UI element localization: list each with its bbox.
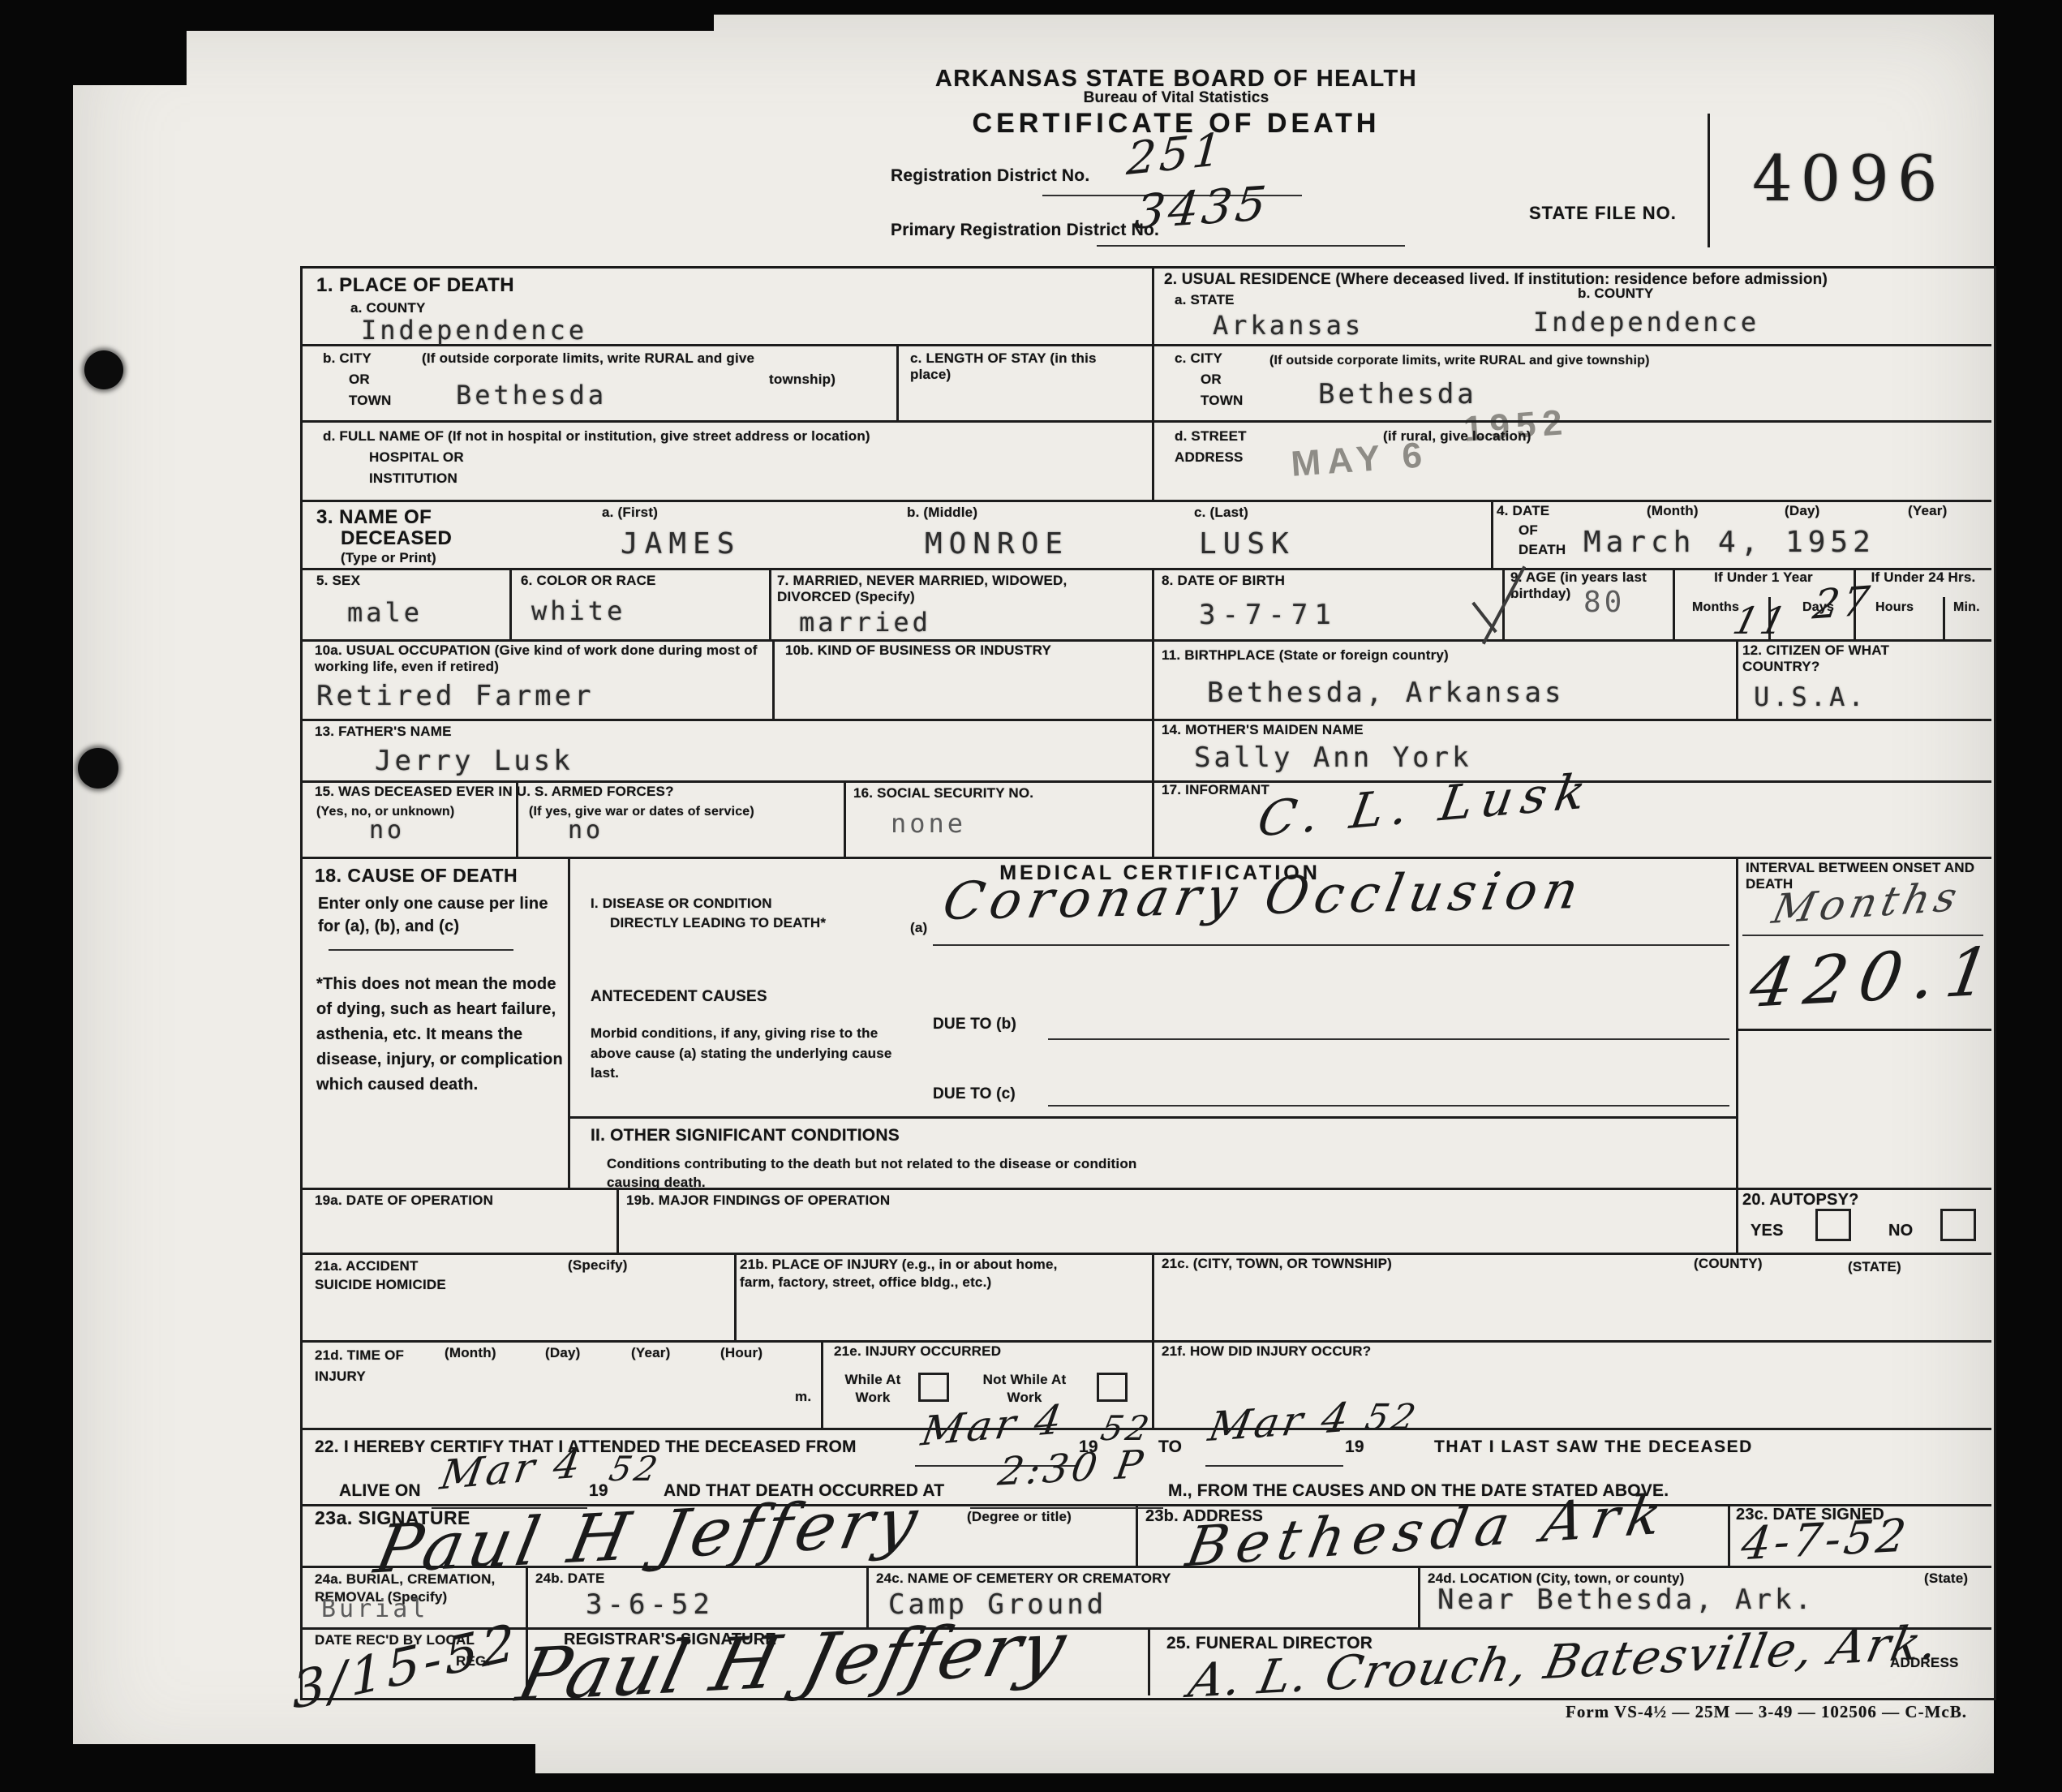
header-bureau: Bureau of Vital Statistics	[872, 89, 1480, 107]
burial-location-value: Near Bethesda, Ark.	[1437, 1584, 1815, 1616]
divider	[1736, 1188, 1738, 1253]
county-value: Independence	[361, 315, 587, 346]
divider	[1152, 266, 1154, 500]
street-label: d. STREET	[1175, 428, 1247, 445]
divider	[1148, 1627, 1150, 1695]
autopsy-yes-label: YES	[1751, 1222, 1784, 1241]
cause-rule	[329, 949, 513, 951]
divider	[1736, 857, 1738, 1188]
due-to-c-line	[1048, 1105, 1729, 1107]
occupation-value: Retired Farmer	[316, 680, 595, 712]
burial-value: Burial	[321, 1595, 428, 1623]
date-of-death-value: March 4, 1952	[1583, 526, 1875, 559]
injury-m-label: m.	[795, 1389, 811, 1405]
length-of-stay-label: c. LENGTH OF STAY (in this place)	[910, 350, 1121, 383]
burial-date-value: 3-6-52	[586, 1588, 715, 1621]
citizen-label: 12. CITIZEN OF WHAT COUNTRY?	[1742, 642, 1937, 675]
residence-town-label: TOWN	[1201, 393, 1243, 409]
father-name-label: 13. FATHER'S NAME	[315, 724, 452, 740]
divider	[1728, 1504, 1730, 1566]
disease-value: Coronary Occlusion	[938, 861, 1589, 932]
last-name-label: c. (Last)	[1194, 505, 1248, 521]
cause-code-value: 420.1	[1745, 933, 2007, 1023]
certify-to-year: 52	[1362, 1397, 1423, 1438]
divider	[300, 420, 1991, 423]
hospital-label: d. FULL NAME OF (If not in hospital or i…	[323, 428, 1134, 445]
death-month-label: (Month)	[1647, 503, 1699, 519]
while-at-work-checkbox	[918, 1373, 949, 1402]
city-or-label: OR	[349, 372, 370, 388]
divider	[1152, 719, 1154, 780]
state-file-label: STATE FILE NO.	[1529, 203, 1677, 224]
armed-forces-label: 15. WAS DECEASED EVER IN U. S. ARMED FOR…	[315, 784, 842, 800]
accident-label: 21a. ACCIDENT SUICIDE HOMICIDE	[315, 1257, 465, 1295]
disease-a-label: (a)	[910, 920, 927, 936]
ssn-value: none	[891, 808, 966, 839]
certify-to-label: TO	[1158, 1437, 1182, 1458]
reg-district-label: Registration District No.	[891, 166, 1089, 187]
birthplace-value: Bethesda, Arkansas	[1207, 677, 1564, 709]
divider	[1152, 639, 1154, 719]
disease-label2: DIRECTLY LEADING TO DEATH*	[610, 915, 826, 931]
sex-value: male	[347, 597, 423, 628]
mother-name-label: 14. MOTHER'S MAIDEN NAME	[1162, 722, 1364, 738]
divider	[821, 1340, 823, 1428]
race-value: white	[531, 595, 625, 626]
street-note: (if rural, give location)	[1383, 428, 1531, 445]
autopsy-no-checkbox	[1940, 1209, 1976, 1241]
residence-city-label: c. CITY	[1175, 350, 1222, 367]
certify-alive-label: ALIVE ON	[339, 1481, 421, 1502]
divider	[1152, 1253, 1154, 1340]
occupation-label: 10a. USUAL OCCUPATION (Give kind of work…	[315, 642, 769, 675]
father-name-value: Jerry Lusk	[375, 745, 573, 777]
divider	[300, 780, 1991, 783]
divider	[509, 568, 512, 639]
due-to-b-line	[1048, 1038, 1729, 1040]
divider	[844, 780, 846, 857]
divider	[1152, 568, 1154, 639]
name-title3: (Type or Print)	[341, 550, 436, 566]
injury-hour-label: (Hour)	[720, 1345, 763, 1361]
autopsy-no-label: NO	[1888, 1222, 1913, 1241]
state-file-box-line	[1708, 114, 1710, 247]
certify-19-c: 19	[589, 1481, 608, 1502]
first-name-value: JAMES	[621, 527, 741, 561]
divider	[734, 1253, 737, 1340]
min-label: Min.	[1953, 600, 1980, 616]
divider	[1136, 1504, 1138, 1566]
due-to-c-label: DUE TO (c)	[933, 1085, 1016, 1103]
burial-location-state-note: (State)	[1924, 1571, 1968, 1587]
accident-specify-note: (Specify)	[568, 1257, 628, 1274]
not-while-at-work-checkbox	[1097, 1373, 1128, 1402]
cause-note2: *This does not mean the mode of dying, s…	[316, 972, 569, 1098]
street-label2: ADDRESS	[1175, 449, 1244, 466]
certify-19-b: 19	[1345, 1437, 1364, 1458]
primary-district-value: 3435	[1132, 175, 1272, 239]
city-note: (If outside corporate limits, write RURA…	[422, 350, 754, 367]
other-conditions-label: II. OTHER SIGNIFICANT CONDITIONS	[591, 1126, 900, 1146]
degree-title-note: (Degree or title)	[967, 1509, 1072, 1525]
under-24-hrs-label: If Under 24 Hrs.	[1858, 569, 1989, 586]
hospital-label2: HOSPITAL OR	[369, 449, 464, 466]
reg-district-value: 251	[1125, 123, 1226, 186]
usual-residence-title: 2. USUAL RESIDENCE (Where deceased lived…	[1164, 271, 1987, 289]
divider	[300, 1253, 1991, 1255]
divider	[568, 1116, 1738, 1119]
punch-hole-top	[84, 350, 123, 389]
name-title: 3. NAME OF	[316, 506, 432, 529]
primary-district-label: Primary Registration District No.	[891, 221, 1159, 241]
divider	[300, 500, 1991, 502]
hospital-label3: INSTITUTION	[369, 471, 458, 487]
certify-blank-line	[1205, 1465, 1343, 1467]
cause-code-line	[1736, 1029, 1991, 1031]
city-note2: township)	[769, 372, 836, 388]
primary-district-line	[1097, 245, 1405, 247]
middle-name-value: MONROE	[925, 527, 1069, 561]
cemetery-label: 24c. NAME OF CEMETERY OR CREMATORY	[876, 1571, 1171, 1587]
punch-hole-bottom	[78, 748, 118, 789]
divider	[1943, 597, 1945, 639]
form-number-line: Form VS-4½ — 25M — 3-49 — 102506 — C-McB…	[1525, 1702, 1967, 1722]
state-note: (STATE)	[1848, 1259, 1901, 1275]
city-town-label: TOWN	[349, 393, 391, 409]
death-day-label: (Day)	[1785, 503, 1820, 519]
divider	[1736, 639, 1738, 719]
city-label: b. CITY	[323, 350, 372, 367]
place-of-death-title: 1. PLACE OF DEATH	[316, 274, 514, 297]
scan-edge-top-left	[0, 0, 187, 85]
divider	[769, 568, 771, 639]
residence-county-value: Independence	[1533, 307, 1759, 337]
antecedent-label: ANTECEDENT CAUSES	[591, 988, 767, 1006]
citizen-value: U.S.A.	[1754, 681, 1867, 712]
city-value: Bethesda	[456, 380, 607, 410]
injury-occurred-label: 21e. INJURY OCCURRED	[834, 1343, 1001, 1360]
cause-of-death-title: 18. CAUSE OF DEATH	[315, 865, 518, 887]
last-name-value: LUSK	[1199, 527, 1295, 561]
injury-county-label: (COUNTY)	[1694, 1256, 1763, 1272]
marital-label: 7. MARRIED, NEVER MARRIED, WIDOWED, DIVO…	[777, 573, 1134, 605]
informant-label: 17. INFORMANT	[1162, 782, 1269, 798]
name-title2: DECEASED	[341, 527, 452, 550]
race-label: 6. COLOR OR RACE	[521, 573, 656, 589]
armed-forces-value1: no	[369, 816, 405, 844]
death-year-label: (Year)	[1908, 503, 1947, 519]
divider	[896, 344, 899, 420]
injury-year-label: (Year)	[631, 1345, 670, 1361]
residence-state-value: Arkansas	[1213, 310, 1364, 341]
cause-note1: Enter only one cause per line for (a), (…	[318, 892, 561, 938]
age-value: 80	[1583, 586, 1625, 619]
divider	[300, 719, 1991, 721]
disease-label: I. DISEASE OR CONDITION	[591, 896, 772, 912]
divider	[1491, 500, 1493, 568]
operation-date-label: 19a. DATE OF OPERATION	[315, 1193, 518, 1209]
residence-city-note: (If outside corporate limits, write RURA…	[1269, 354, 1650, 369]
hours-label: Hours	[1875, 600, 1914, 616]
while-at-work-label: While At Work	[832, 1371, 913, 1407]
date-of-death-label: 4. DATE	[1497, 503, 1549, 519]
certify-alive-year: 52	[606, 1449, 664, 1489]
date-of-death-label3: DEATH	[1519, 542, 1566, 558]
residence-city-value: Bethesda	[1318, 378, 1477, 410]
divider	[616, 1188, 619, 1253]
state-file-value: 4096	[1752, 143, 1946, 216]
injury-month-label: (Month)	[445, 1345, 496, 1361]
residence-state-label: a. STATE	[1175, 292, 1235, 308]
operation-findings-label: 19b. MAJOR FINDINGS OF OPERATION	[626, 1193, 890, 1209]
date-signed-value: 4-7-52	[1738, 1510, 1912, 1571]
injury-city-label: 21c. (CITY, TOWN, OR TOWNSHIP)	[1162, 1256, 1392, 1272]
other-conditions-note: Conditions contributing to the death but…	[607, 1155, 1175, 1193]
due-to-b-label: DUE TO (b)	[933, 1016, 1016, 1034]
months-label: Months	[1692, 600, 1739, 616]
certify-text-2: THAT I LAST SAW THE DECEASED	[1434, 1437, 1753, 1458]
ssn-label: 16. SOCIAL SECURITY NO.	[853, 785, 1033, 801]
scanned-death-certificate: { "header": { "org": "ARKANSAS STATE BOA…	[0, 0, 2062, 1792]
disease-line	[933, 944, 1729, 946]
middle-name-label: b. (Middle)	[907, 505, 977, 521]
burial-date-label: 24b. DATE	[535, 1571, 605, 1587]
sex-label: 5. SEX	[316, 573, 360, 589]
scan-edge-bottom-left	[0, 1744, 535, 1792]
divider	[1152, 780, 1154, 857]
antecedent-note: Morbid conditions, if any, giving rise t…	[591, 1024, 915, 1084]
birthplace-label: 11. BIRTHPLACE (State or foreign country…	[1162, 647, 1449, 664]
first-name-label: a. (First)	[602, 505, 658, 521]
how-injury-label: 21f. HOW DID INJURY OCCUR?	[1162, 1343, 1371, 1360]
dob-value: 3-7-71	[1199, 599, 1338, 631]
divider	[1418, 1566, 1420, 1627]
date-of-death-label2: OF	[1519, 522, 1538, 539]
place-of-injury-label: 21b. PLACE OF INJURY (e.g., in or about …	[740, 1256, 1093, 1291]
dob-label: 8. DATE OF BIRTH	[1162, 573, 1285, 589]
divider	[772, 639, 775, 719]
divider	[1673, 568, 1675, 639]
mother-name-value: Sally Ann York	[1194, 741, 1472, 774]
marital-value: married	[799, 607, 931, 638]
time-of-injury-label: 21d. TIME OF INJURY	[315, 1345, 424, 1386]
business-label: 10b. KIND OF BUSINESS OR INDUSTRY	[785, 642, 1061, 659]
divider	[300, 1340, 1991, 1343]
autopsy-label: 20. AUTOPSY?	[1742, 1191, 1859, 1210]
certify-time-value: 2:30 P	[995, 1442, 1149, 1494]
autopsy-yes-checkbox	[1815, 1209, 1851, 1241]
residence-county-label: b. COUNTY	[1578, 286, 1653, 302]
armed-forces-value2: no	[568, 816, 604, 844]
injury-day-label: (Day)	[545, 1345, 581, 1361]
months-value: 11	[1729, 599, 1794, 642]
residence-or-label: OR	[1201, 372, 1222, 388]
